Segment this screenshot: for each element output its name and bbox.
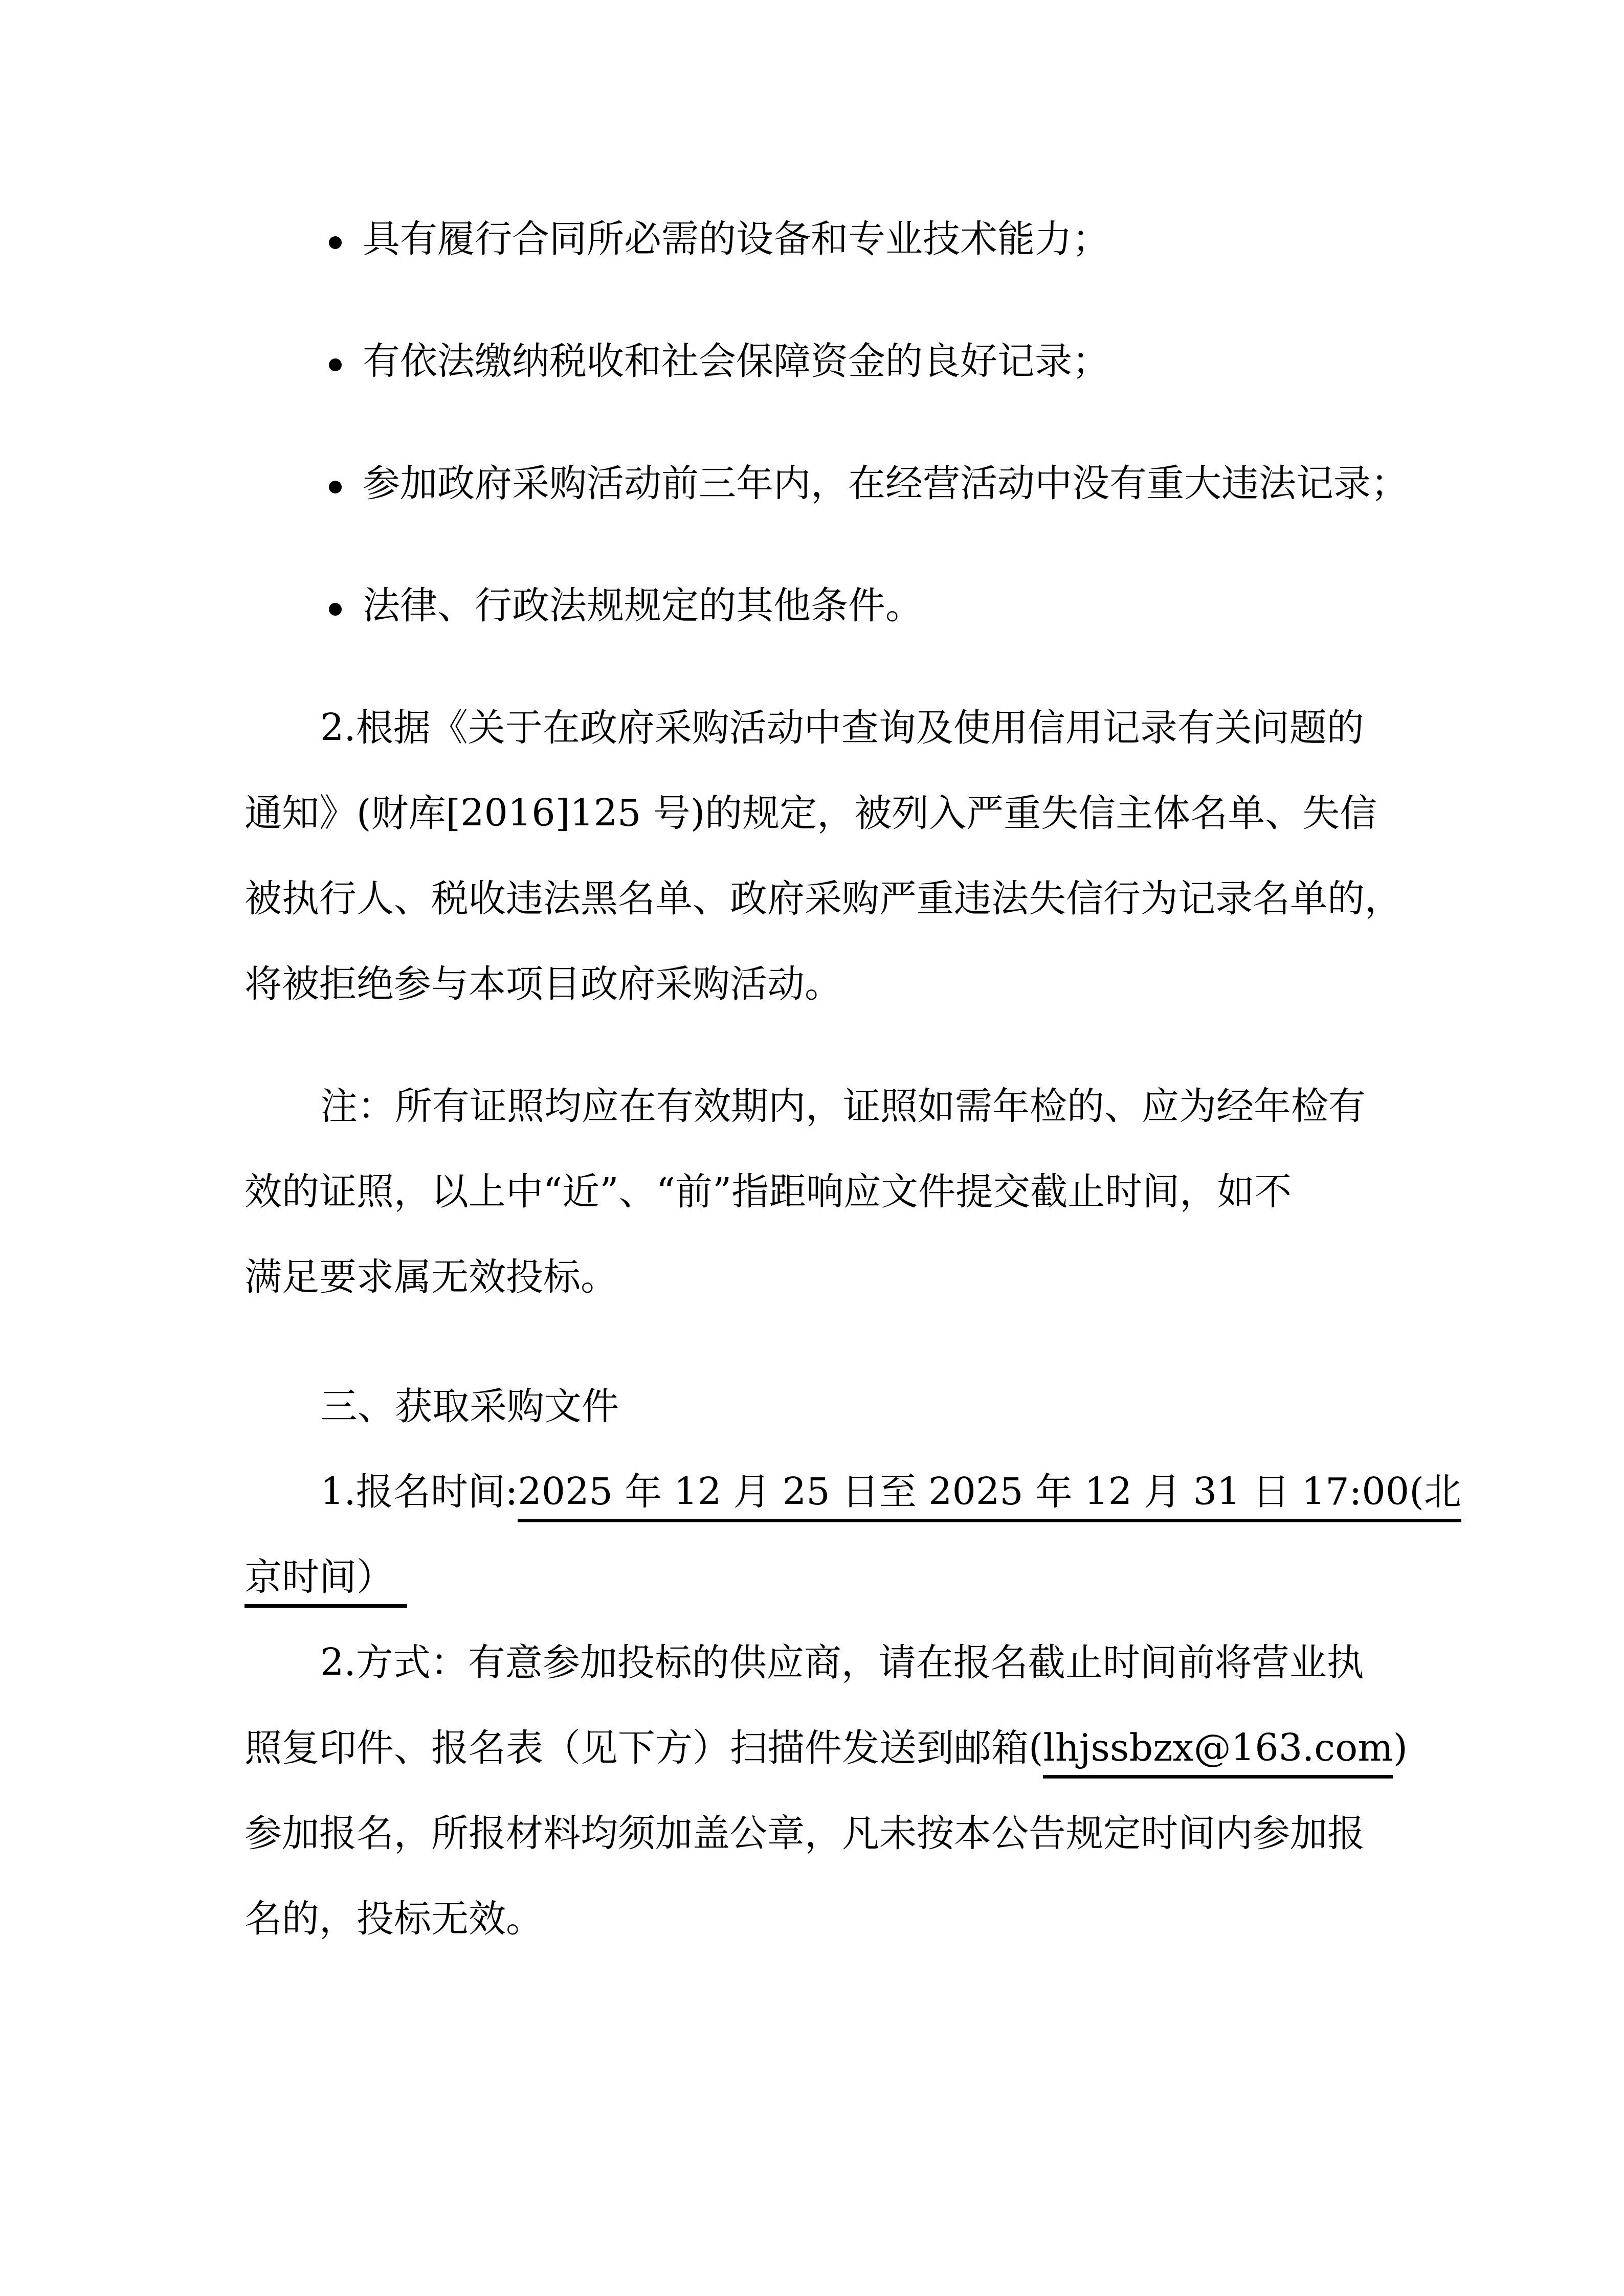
list-item: 法律、行政法规规定的其他条件。: [244, 563, 1426, 648]
qualification-bullet-list: 具有履行合同所必需的设备和专业技术能力； 有依法缴纳税收和社会保障资金的良好记录…: [244, 196, 1426, 648]
list-item: 有依法缴纳税收和社会保障资金的良好记录；: [244, 319, 1426, 404]
bullet-icon: [329, 603, 342, 616]
credit-record-paragraph: 2.根据《关于在政府采购活动中查询及使用信用记录有关问题的 通知》(财库[201…: [244, 685, 1426, 1027]
paragraph-line: 满足要求属无效投标。: [244, 1234, 1426, 1320]
paragraph-line: 将被拒绝参与本项目政府采购活动。: [244, 941, 1426, 1027]
section-heading: 三、获取采购文件: [244, 1364, 1426, 1449]
paragraph-line: 2.根据《关于在政府采购活动中查询及使用信用记录有关问题的: [244, 685, 1426, 771]
paragraph-line: 效的证照，以上中“近”、“前”指距响应文件提交截止时间，如不: [244, 1149, 1426, 1234]
registration-time-value: 2025 年 12 月 25 日至 2025 年 12 月 31 日 17:00…: [518, 1470, 1461, 1522]
registration-time-line: 京时间）: [244, 1535, 1426, 1620]
bullet-text: 参加政府采购活动前三年内，在经营活动中没有重大违法记录；: [363, 462, 1408, 505]
list-item: 参加政府采购活动前三年内，在经营活动中没有重大违法记录；: [244, 441, 1426, 526]
bullet-icon: [329, 236, 342, 249]
bullet-icon: [329, 481, 342, 493]
note-paragraph: 注：所有证照均应在有效期内，证照如需年检的、应为经年检有 效的证照，以上中“近”…: [244, 1064, 1426, 1320]
paragraph-line: 被执行人、税收违法黑名单、政府采购严重违法失信行为记录名单的，: [244, 856, 1426, 941]
method-line: 2.方式：有意参加投标的供应商，请在报名截止时间前将营业执: [244, 1620, 1426, 1705]
bullet-text: 具有履行合同所必需的设备和专业技术能力；: [363, 217, 1109, 261]
email-link[interactable]: lhjssbzx@163.com: [1043, 1726, 1393, 1779]
document-page: 具有履行合同所必需的设备和专业技术能力； 有依法缴纳税收和社会保障资金的良好记录…: [0, 0, 1624, 2296]
document-content: 具有履行合同所必需的设备和专业技术能力； 有依法缴纳税收和社会保障资金的良好记录…: [244, 196, 1426, 1962]
bullet-text: 法律、行政法规规定的其他条件。: [363, 584, 923, 627]
method-text: 照复印件、报名表（见下方）扫描件发送到邮箱(: [244, 1726, 1043, 1770]
registration-time-line: 1.报名时间:2025 年 12 月 25 日至 2025 年 12 月 31 …: [244, 1449, 1426, 1535]
method-line: 名的，投标无效。: [244, 1876, 1426, 1962]
registration-time-value: 京时间）: [244, 1556, 407, 1608]
bullet-icon: [329, 358, 342, 371]
method-line: 参加报名，所报材料均须加盖公章，凡未按本公告规定时间内参加报: [244, 1791, 1426, 1876]
registration-time-label: 1.报名时间:: [320, 1470, 518, 1514]
bullet-text: 有依法缴纳税收和社会保障资金的良好记录；: [363, 340, 1109, 383]
section-obtain-documents: 三、获取采购文件 1.报名时间:2025 年 12 月 25 日至 2025 年…: [244, 1364, 1426, 1962]
list-item: 具有履行合同所必需的设备和专业技术能力；: [244, 196, 1426, 282]
paragraph-line: 通知》(财库[2016]125 号)的规定，被列入严重失信主体名单、失信: [244, 771, 1426, 856]
paragraph-line: 注：所有证照均应在有效期内，证照如需年检的、应为经年检有: [244, 1064, 1426, 1149]
method-line: 照复印件、报名表（见下方）扫描件发送到邮箱(lhjssbzx@163.com): [244, 1705, 1426, 1791]
method-text: ): [1393, 1726, 1407, 1770]
